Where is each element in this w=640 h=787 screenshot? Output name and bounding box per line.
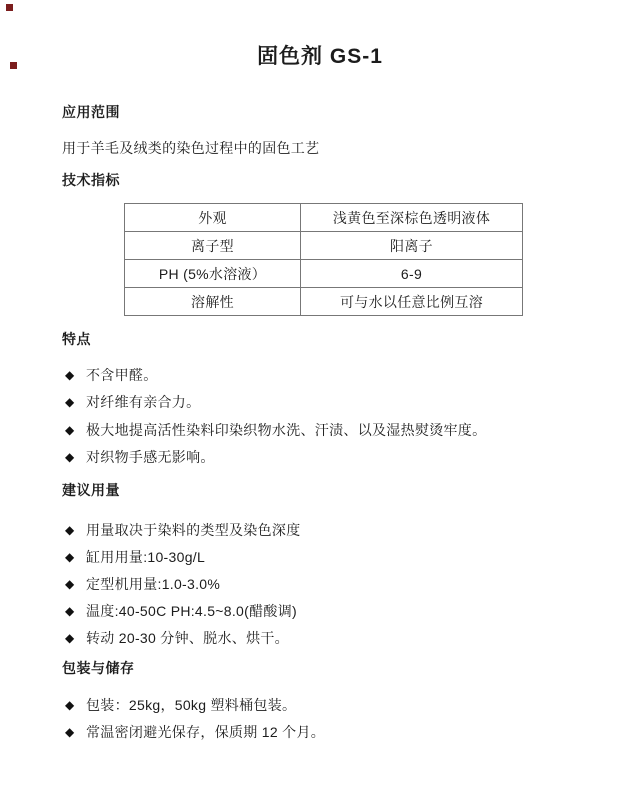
list-item: ◆ 用量取决于染料的类型及染色深度 [65,516,301,543]
packaging-list: ◆ 包装：25kg，50kg 塑料桶包装。 ◆ 常温密闭避光保存，保质期 12 … [65,691,325,745]
diamond-bullet-icon: ◆ [65,369,86,381]
diamond-bullet-icon: ◆ [65,726,86,738]
spec-value-solubility: 可与水以任意比例互溶 [301,288,523,316]
list-item: ◆ 极大地提高活性染料印染织物水洗、汗渍、以及湿热熨烫牢度。 [65,416,486,444]
feature-text: 对织物手感无影响。 [86,447,215,467]
diamond-bullet-icon: ◆ [65,551,86,563]
table-row: 离子型 阳离子 [125,232,523,260]
heading-features: 特点 [62,331,91,347]
table-row: 外观 浅黄色至深棕色透明液体 [125,204,523,232]
list-item: ◆ 不含甲醛。 [65,361,486,389]
feature-text: 不含甲醛。 [86,365,158,385]
diamond-bullet-icon: ◆ [65,578,86,590]
dosage-list: ◆ 用量取决于染料的类型及染色深度 ◆ 缸用用量:10-30g/L ◆ 定型机用… [65,516,301,651]
diamond-bullet-icon: ◆ [65,605,86,617]
diamond-bullet-icon: ◆ [65,632,86,644]
spec-label-solubility: 溶解性 [125,288,301,316]
dosage-text: 定型机用量:1.0-3.0% [86,574,220,594]
feature-text: 极大地提高活性染料印染织物水洗、汗渍、以及湿热熨烫牢度。 [86,420,486,440]
dosage-text: 用量取决于染料的类型及染色深度 [86,520,301,540]
dosage-text: 温度:40-50C PH:4.5~8.0(醋酸调) [86,601,297,621]
artifact-mark-icon [6,4,13,11]
dosage-text: 转动 20-30 分钟、脱水、烘干。 [86,628,289,648]
spec-label-ionicity: 离子型 [125,232,301,260]
diamond-bullet-icon: ◆ [65,396,86,408]
list-item: ◆ 常温密闭避光保存，保质期 12 个月。 [65,718,325,745]
diamond-bullet-icon: ◆ [65,451,86,463]
list-item: ◆ 温度:40-50C PH:4.5~8.0(醋酸调) [65,597,301,624]
list-item: ◆ 转动 20-30 分钟、脱水、烘干。 [65,624,301,651]
heading-technical-specs: 技术指标 [62,172,120,188]
spec-value-ph: 6-9 [301,260,523,288]
spec-table: 外观 浅黄色至深棕色透明液体 离子型 阳离子 PH (5%水溶液） 6-9 溶解… [124,203,523,316]
spec-value-ionicity: 阳离子 [301,232,523,260]
diamond-bullet-icon: ◆ [65,699,86,711]
list-item: ◆ 包装：25kg，50kg 塑料桶包装。 [65,691,325,718]
features-list: ◆ 不含甲醛。 ◆ 对纤维有亲合力。 ◆ 极大地提高活性染料印染织物水洗、汗渍、… [65,361,486,471]
dosage-text: 缸用用量:10-30g/L [86,547,205,567]
spec-label-appearance: 外观 [125,204,301,232]
list-item: ◆ 定型机用量:1.0-3.0% [65,570,301,597]
table-row: PH (5%水溶液） 6-9 [125,260,523,288]
list-item: ◆ 对纤维有亲合力。 [65,389,486,417]
packaging-text: 包装：25kg，50kg 塑料桶包装。 [86,695,296,715]
feature-text: 对纤维有亲合力。 [86,392,200,412]
application-scope-text: 用于羊毛及绒类的染色过程中的固色工艺 [62,139,319,157]
spec-value-appearance: 浅黄色至深棕色透明液体 [301,204,523,232]
document-page: 固色剂 GS-1 应用范围 用于羊毛及绒类的染色过程中的固色工艺 技术指标 外观… [0,0,640,787]
heading-packaging-storage: 包装与储存 [62,660,135,676]
diamond-bullet-icon: ◆ [65,524,86,536]
list-item: ◆ 缸用用量:10-30g/L [65,543,301,570]
page-title: 固色剂 GS-1 [0,43,640,71]
list-item: ◆ 对织物手感无影响。 [65,444,486,472]
table-row: 溶解性 可与水以任意比例互溶 [125,288,523,316]
diamond-bullet-icon: ◆ [65,424,86,436]
spec-label-ph: PH (5%水溶液） [125,260,301,288]
packaging-text: 常温密闭避光保存，保质期 12 个月。 [86,722,325,742]
heading-suggested-dosage: 建议用量 [62,482,120,498]
heading-application-scope: 应用范围 [62,104,120,120]
